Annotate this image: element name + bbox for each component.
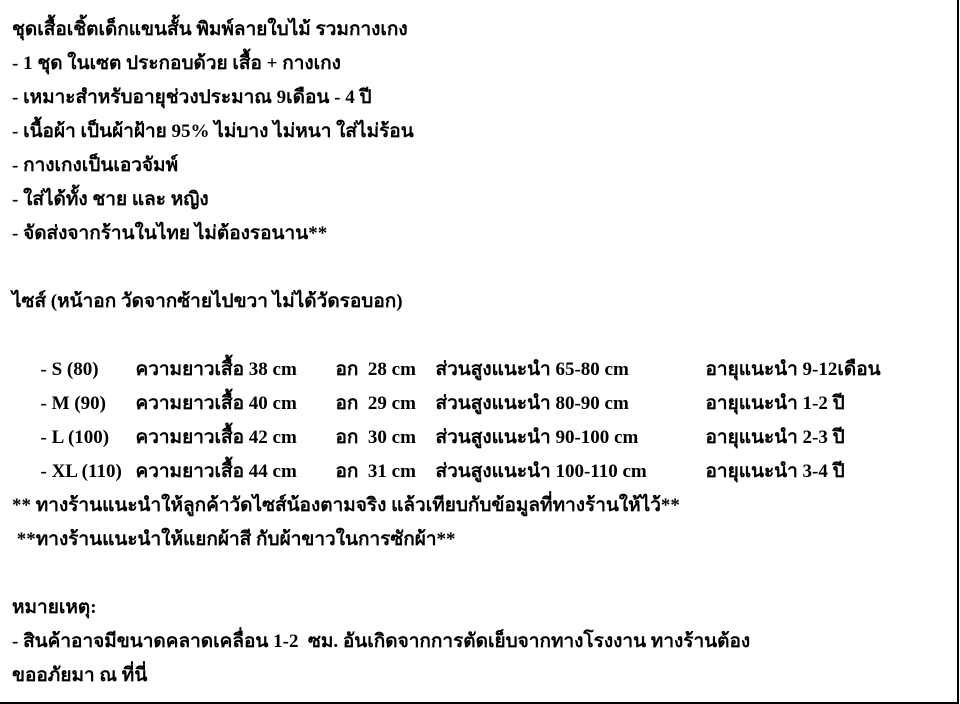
recommended-height: ส่วนสูงแนะนำ 90-100 cm xyxy=(436,421,706,455)
recommended-age: อายุแนะนำ 1-2 ปี xyxy=(706,387,845,421)
recommended-height: ส่วนสูงแนะนำ 100-110 cm xyxy=(436,455,706,489)
chest-width: อก 29 cm xyxy=(336,387,436,421)
shirt-length: ความยาวเสื้อ 40 cm xyxy=(136,387,336,421)
note-line: ขออภัยมา ณ ที่นี่ xyxy=(12,659,957,693)
chest-width: อก 30 cm xyxy=(336,421,436,455)
recommended-height: ส่วนสูงแนะนำ 65-80 cm xyxy=(436,353,706,387)
feature-line: - จัดส่งจากร้านในไทย ไม่ต้องรอนาน** xyxy=(12,217,957,251)
size-label: - S (80) xyxy=(41,353,136,387)
size-label: - XL (110) xyxy=(41,455,136,489)
advice-line: **ทางร้านแนะนำให้แยกผ้าสี กับผ้าขาวในการ… xyxy=(12,523,957,557)
size-heading: ไซส์ (หน้าอก วัดจากซ้ายไปขวา ไม่ได้วัดรอ… xyxy=(12,285,957,319)
note-heading: หมายเหตุ: xyxy=(12,591,957,625)
chest-width: อก 31 cm xyxy=(336,455,436,489)
advice-line: ** ทางร้านแนะนำให้ลูกค้าวัดไซส์น้องตามจร… xyxy=(12,489,957,523)
size-row: - S (80)ความยาวเสื้อ 38 cmอก 28 cmส่วนสู… xyxy=(12,319,957,353)
shirt-length: ความยาวเสื้อ 44 cm xyxy=(136,455,336,489)
recommended-age: อายุแนะนำ 9-12เดือน xyxy=(706,353,881,387)
size-label: - L (100) xyxy=(41,421,136,455)
recommended-age: อายุแนะนำ 3-4 ปี xyxy=(706,455,845,489)
chest-width: อก 28 cm xyxy=(336,353,436,387)
shirt-length: ความยาวเสื้อ 38 cm xyxy=(136,353,336,387)
product-title: ชุดเสื้อเชิ้ตเด็กแขนสั้น พิมพ์ลายใบไม้ ร… xyxy=(12,13,957,47)
spacer xyxy=(12,557,957,591)
feature-line: - ใส่ได้ทั้ง ชาย และ หญิง xyxy=(12,183,957,217)
size-label: - M (90) xyxy=(41,387,136,421)
feature-line: - 1 ชุด ในเซต ประกอบด้วย เสื้อ + กางเกง xyxy=(12,47,957,81)
document-content: ชุดเสื้อเชิ้ตเด็กแขนสั้น พิมพ์ลายใบไม้ ร… xyxy=(12,13,957,693)
product-description-document: ชุดเสื้อเชิ้ตเด็กแขนสั้น พิมพ์ลายใบไม้ ร… xyxy=(0,0,959,704)
shirt-length: ความยาวเสื้อ 42 cm xyxy=(136,421,336,455)
spacer xyxy=(12,251,957,285)
note-line: - สินค้าอาจมีขนาดคลาดเคลื่อน 1-2 ซม. อัน… xyxy=(12,625,957,659)
feature-line: - กางเกงเป็นเอวจัมพ์ xyxy=(12,149,957,183)
recommended-height: ส่วนสูงแนะนำ 80-90 cm xyxy=(436,387,706,421)
feature-line: - เนื้อผ้า เป็นผ้าฝ้าย 95% ไม่บาง ไม่หนา… xyxy=(12,115,957,149)
recommended-age: อายุแนะนำ 2-3 ปี xyxy=(706,421,845,455)
feature-line: - เหมาะสำหรับอายุช่วงประมาณ 9เดือน - 4 ป… xyxy=(12,81,957,115)
